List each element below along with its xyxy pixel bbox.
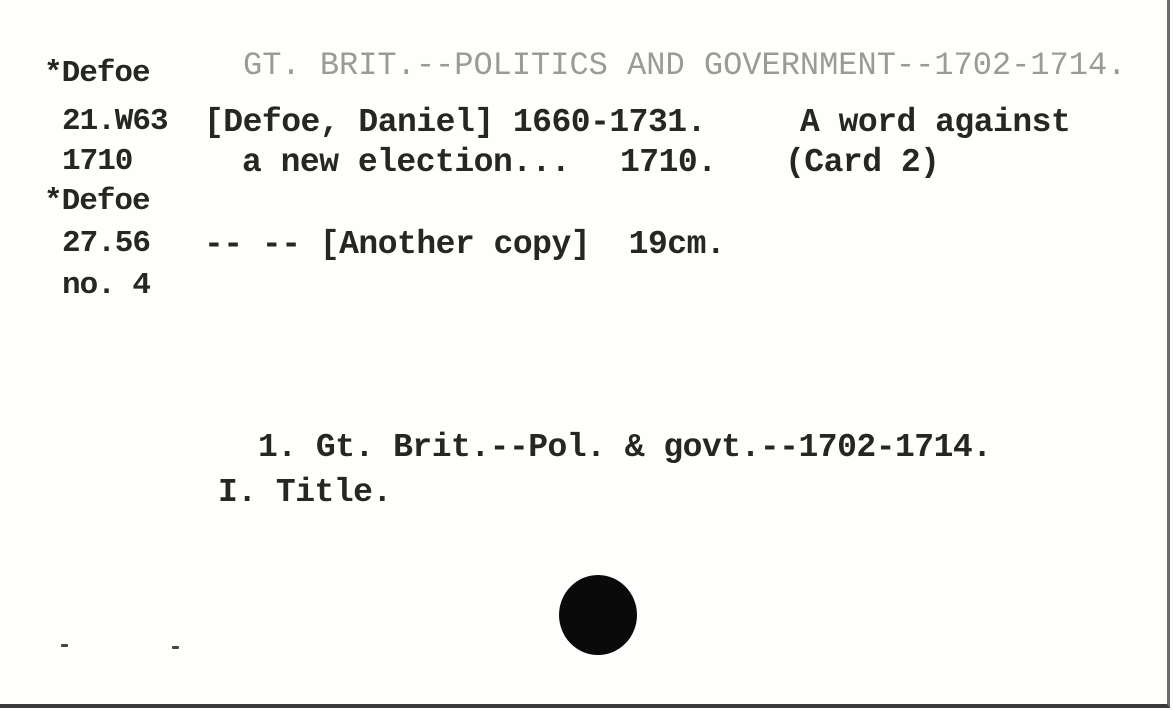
call-number-line-2: 21.W63 — [62, 106, 168, 137]
title-tracing: I. Title. — [218, 476, 392, 509]
ink-speck — [172, 646, 179, 649]
catalog-card: *Defoe 21.W63 1710 *Defoe 27.56 no. 4 GT… — [0, 0, 1170, 708]
publication-date: 1710. — [620, 146, 717, 179]
card-number: (Card 2) — [785, 146, 939, 179]
title-part-2: a new election... — [242, 146, 570, 179]
call-number-line-6: no. 4 — [62, 270, 150, 301]
author-entry: [Defoe, Daniel] 1660-1731. — [204, 106, 706, 139]
subject-heading: GT. BRIT.--POLITICS AND GOVERNMENT--1702… — [243, 50, 1126, 82]
call-number-line-5: 27.56 — [62, 228, 150, 259]
ink-speck — [61, 644, 68, 647]
title-part-1: A word against — [800, 106, 1070, 139]
copy-note: -- -- [Another copy] 19cm. — [204, 228, 725, 261]
call-number-line-3: 1710 — [62, 146, 132, 177]
call-number-line-1: *Defoe — [44, 58, 150, 89]
subject-tracing: 1. Gt. Brit.--Pol. & govt.--1702-1714. — [258, 431, 992, 464]
call-number-line-4: *Defoe — [44, 186, 150, 217]
punch-hole — [559, 575, 637, 655]
